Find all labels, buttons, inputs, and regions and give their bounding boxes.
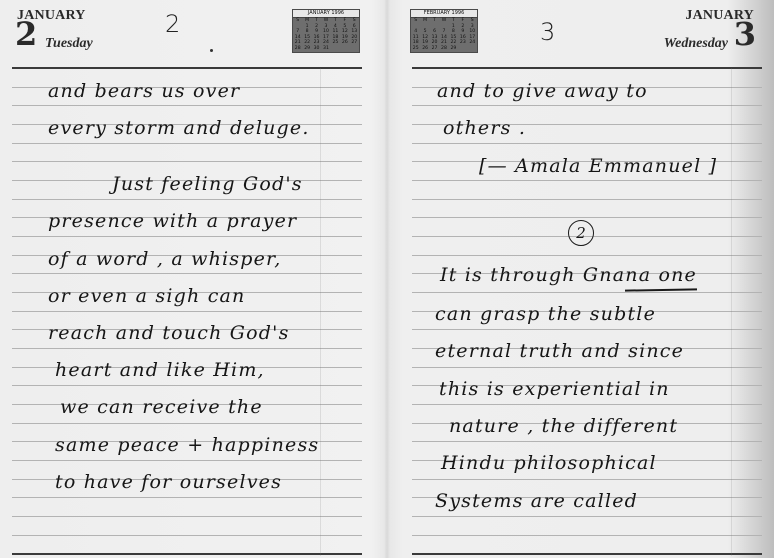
ruled-line — [412, 255, 762, 256]
handwritten-line: others . — [443, 117, 526, 139]
handwritten-line: and bears us over — [48, 80, 240, 102]
ruled-line — [412, 180, 762, 181]
right-weekday-label: Wednesday — [664, 36, 728, 52]
ruled-line — [12, 161, 362, 162]
calendar-day — [331, 46, 340, 52]
handwritten-line: of a word , a whisper, — [48, 248, 281, 270]
ink-dot — [210, 49, 213, 52]
calendar-day — [458, 46, 467, 52]
ruled-line — [412, 441, 762, 442]
left-weekday-label: Tuesday — [45, 36, 93, 52]
handwritten-line: same peace + happiness — [55, 434, 319, 456]
bottom-heavy-rule — [412, 553, 762, 555]
mini-calendar-grid: S M T W T F S 1 2 3 4 5 6 7 — [411, 18, 477, 52]
handwritten-line: this is experiential in — [439, 378, 670, 400]
ruled-line — [12, 497, 362, 498]
mini-calendar-grid: S M T W T F S 1 2 3 4 5 6 7 8 9 10 — [293, 18, 359, 52]
ruled-line — [412, 329, 762, 330]
handwritten-line: to have for ourselves — [55, 471, 282, 493]
right-handwritten-page-number: 3 — [540, 18, 555, 46]
ruled-line — [412, 217, 762, 218]
calendar-day: 30 — [312, 46, 321, 52]
handwritten-line: and to give away to — [437, 80, 648, 102]
ruled-line — [412, 479, 762, 480]
ruled-line — [12, 385, 362, 386]
ruled-line — [412, 143, 762, 144]
ruled-line — [412, 516, 762, 517]
calendar-day: 29 — [302, 46, 311, 52]
handwritten-line: presence with a prayer — [48, 210, 297, 232]
left-handwritten-page-number: 2 — [165, 10, 180, 38]
calendar-day: 27 — [430, 46, 439, 52]
handwritten-line: Just feeling God's — [112, 173, 303, 195]
ruled-line — [12, 348, 362, 349]
calendar-day: 31 — [321, 46, 330, 52]
ruled-line — [12, 199, 362, 200]
handwritten-line: eternal truth and since — [435, 340, 684, 362]
mini-calendar-title: JANUARY 1996 — [293, 10, 359, 18]
handwritten-line: [— Amala Emmanuel ] — [479, 155, 717, 177]
left-day-number: 2 — [15, 17, 37, 51]
handwritten-line: can grasp the subtle — [435, 303, 656, 325]
calendar-day — [468, 46, 477, 52]
ruled-line — [412, 404, 762, 405]
faint-margin-line — [320, 68, 321, 556]
left-page: JANUARY 2 Tuesday 2 JANUARY 1996 S M T W… — [0, 0, 387, 558]
calendar-day: 29 — [449, 46, 458, 52]
ruled-line — [12, 105, 362, 106]
ruled-line — [12, 460, 362, 461]
top-heavy-rule — [412, 67, 762, 69]
ruled-line — [12, 143, 362, 144]
handwritten-line: reach and touch God's — [48, 322, 290, 344]
ruled-line — [412, 199, 762, 200]
january-mini-calendar: JANUARY 1996 S M T W T F S 1 2 3 4 5 6 — [292, 9, 360, 53]
right-day-number: 3 — [734, 17, 756, 51]
ruled-line — [12, 535, 362, 536]
calendar-day — [350, 46, 359, 52]
top-heavy-rule — [12, 67, 362, 69]
february-mini-calendar: FEBRUARY 1996 S M T W T F S 1 2 3 4 — [410, 9, 478, 53]
ruled-line — [12, 423, 362, 424]
calendar-day: 28 — [293, 46, 302, 52]
calendar-day: 25 — [411, 46, 420, 52]
handwritten-line: we can receive the — [60, 396, 263, 418]
handwritten-line: nature , the different — [449, 415, 678, 437]
ruled-line — [12, 516, 362, 517]
right-page: JANUARY 3 Wednesday 3 FEBRUARY 1996 S M … — [387, 0, 774, 558]
handwritten-line: or even a sigh can — [48, 285, 246, 307]
ruled-line — [12, 236, 362, 237]
handwritten-line: heart and like Him, — [55, 359, 265, 381]
calendar-day — [340, 46, 349, 52]
ruled-line — [12, 311, 362, 312]
calendar-day: 28 — [439, 46, 448, 52]
faint-margin-line — [731, 68, 732, 556]
ruled-line — [412, 105, 762, 106]
mini-calendar-title: FEBRUARY 1996 — [411, 10, 477, 18]
circled-section-number: 2 — [568, 220, 594, 246]
ruled-line — [412, 535, 762, 536]
handwritten-line: every storm and deluge. — [48, 117, 310, 139]
calendar-day: 26 — [420, 46, 429, 52]
ruled-line — [412, 292, 762, 293]
ruled-line — [412, 367, 762, 368]
handwritten-line: Hindu philosophical — [441, 452, 657, 474]
handwritten-line: Systems are called — [435, 490, 638, 512]
bottom-heavy-rule — [12, 553, 362, 555]
ruled-line — [12, 273, 362, 274]
handwritten-line: It is through Gnana one — [440, 264, 697, 286]
